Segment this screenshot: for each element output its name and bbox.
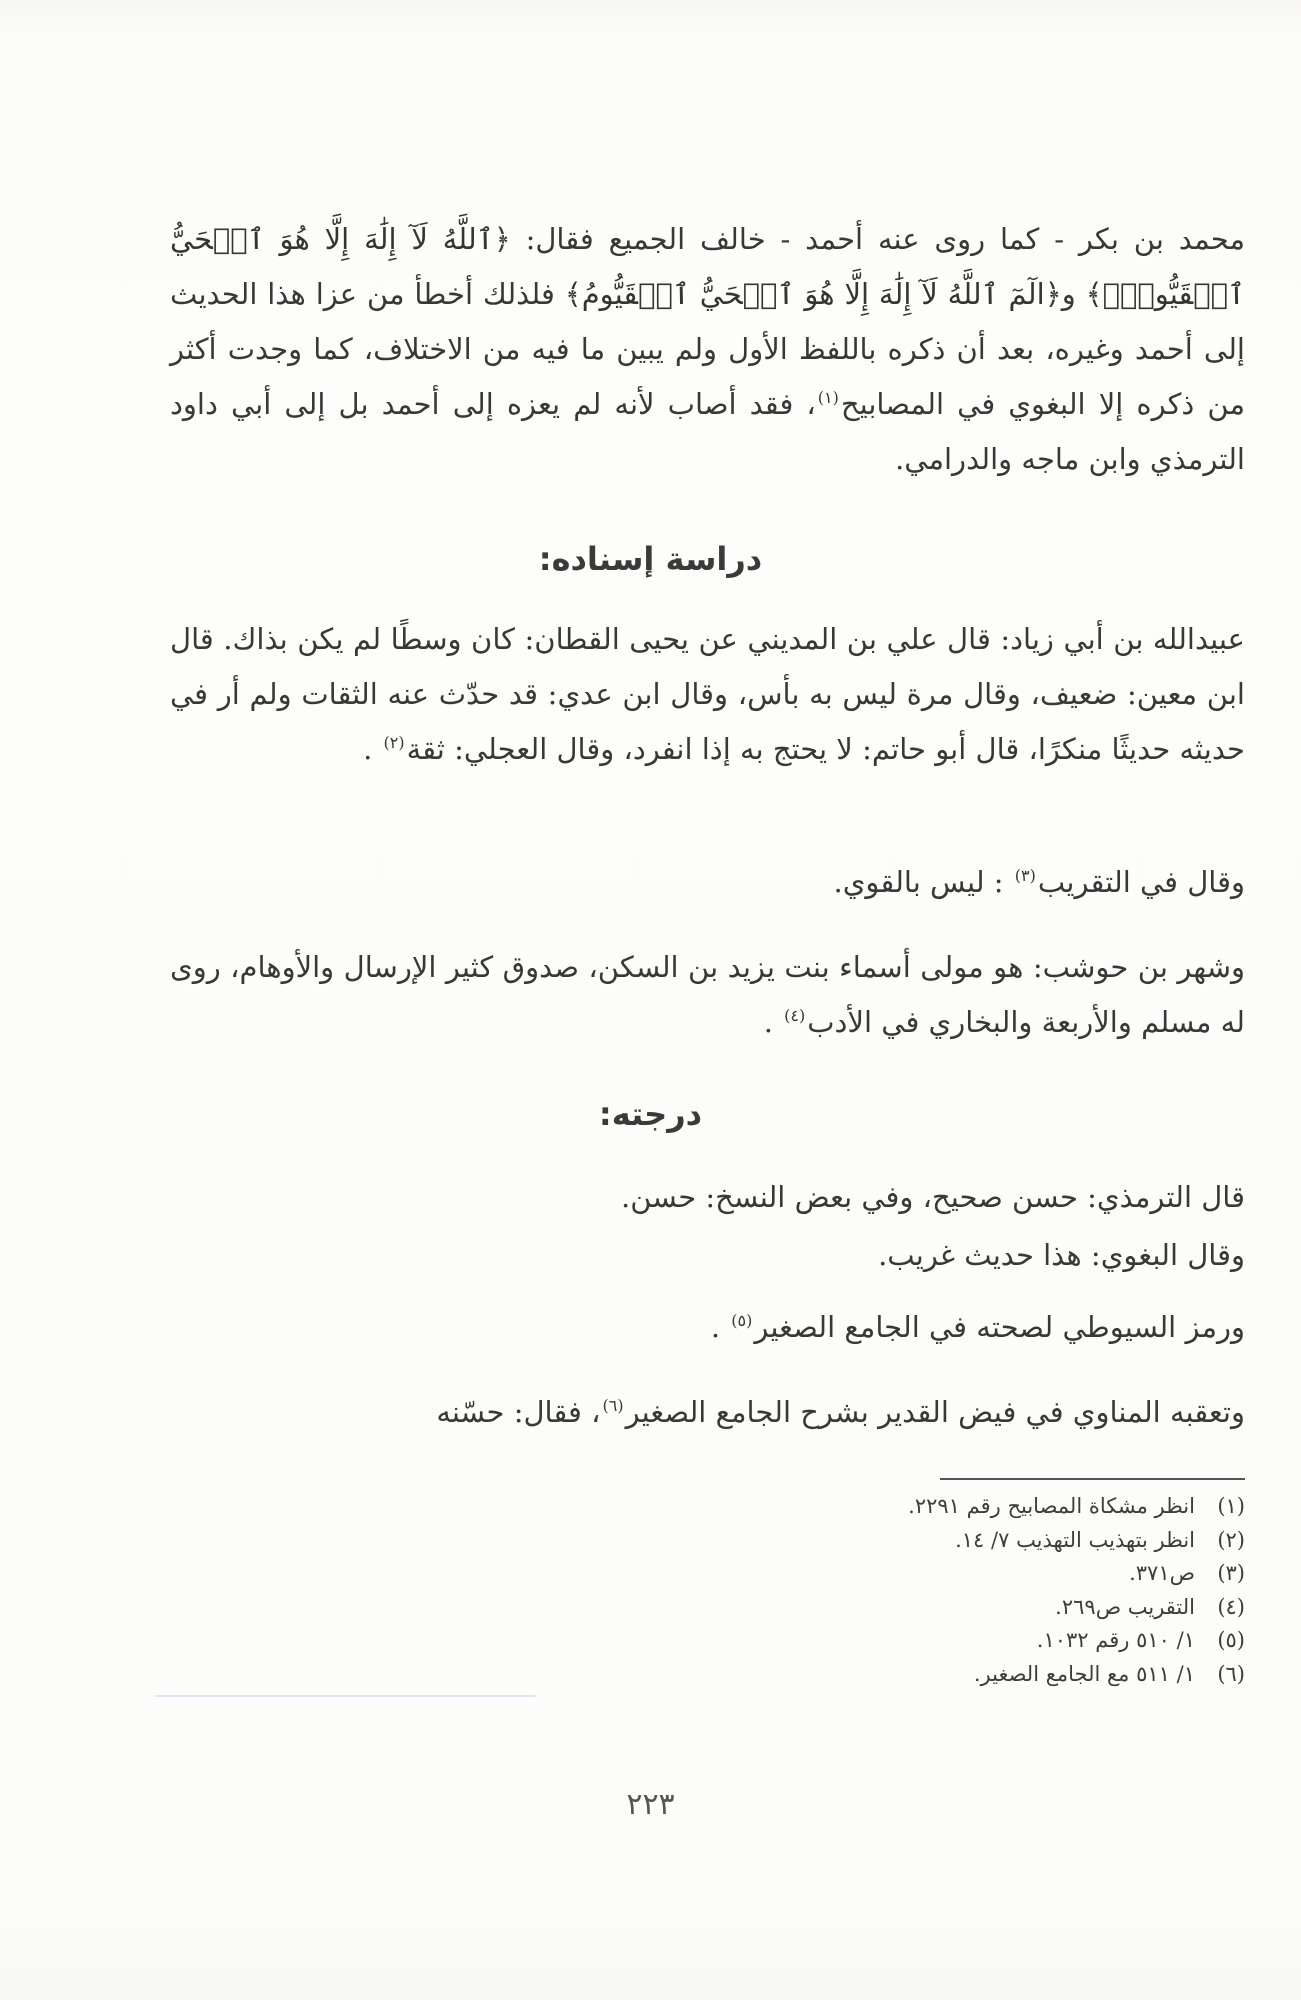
footnote-ref-2[interactable]: (٢) (382, 733, 407, 752)
footnote-number: (٣) (1195, 1557, 1245, 1591)
footnote-4: (٤) التقريب ص٢٦٩. (700, 1591, 1245, 1625)
intro-paragraph: محمد بن بكر - كما روى عنه أحمد - خالف ال… (170, 212, 1245, 487)
footnote-text: انظر مشكاة المصابيح رقم ٢٢٩١. (700, 1490, 1195, 1524)
footnote-number: (١) (1195, 1490, 1245, 1524)
footnote-separator (940, 1478, 1245, 1480)
footnote-text: التقريب ص٢٦٩. (700, 1591, 1195, 1625)
isnad-text-2: وقال في التقريب(٣) : ليس بالقوي. (170, 855, 1245, 910)
bleed-through-rule (155, 1695, 535, 1697)
footnote-text: انظر بتهذيب التهذيب ٧/ ١٤. (700, 1524, 1195, 1558)
suyuti-text: ورمز السيوطي لصحته في الجامع الصغير (754, 1310, 1245, 1344)
footnote-1: (١) انظر مشكاة المصابيح رقم ٢٢٩١. (700, 1490, 1245, 1524)
footnote-text: ص٣٧١. (700, 1557, 1195, 1591)
quran-quote-2: ﴿الٓمٓ ٱللَّهُ لَآ إِلَٰهَ إِلَّا هُوَ ٱ… (565, 277, 1062, 311)
footnote-6: (٦) ١/ ٥١١ مع الجامع الصغير. (700, 1658, 1245, 1692)
taqrib-verdict: : ليس بالقوي. (834, 865, 1013, 899)
footnote-ref-1[interactable]: (١) (816, 388, 841, 407)
punct: . (764, 1005, 782, 1039)
grade-paragraph-1: قال الترمذي: حسن صحيح، وفي بعض النسخ: حس… (170, 1170, 1245, 1225)
isnad-narrator-1: عبيدالله بن أبي زياد: قال علي بن المديني… (170, 622, 1245, 766)
taqrib-quote: وقال في التقريب (1038, 865, 1245, 899)
isnad-narrator-2: وشهر بن حوشب: هو مولى أسماء بنت يزيد بن … (170, 950, 1245, 1039)
footnote-2: (٢) انظر بتهذيب التهذيب ٧/ ١٤. (700, 1524, 1245, 1558)
footnote-ref-6[interactable]: (٦) (600, 1396, 625, 1415)
munawi-text: وتعقبه المناوي في فيض القدير بشرح الجامع… (626, 1395, 1245, 1429)
isnad-paragraph-2: وقال في التقريب(٣) : ليس بالقوي. (170, 855, 1245, 910)
isnad-paragraph-1: عبيدالله بن أبي زياد: قال علي بن المديني… (170, 612, 1245, 777)
footnote-5: (٥) ١/ ٥١٠ رقم ١٠٣٢. (700, 1624, 1245, 1658)
footnotes-list: (١) انظر مشكاة المصابيح رقم ٢٢٩١. (٢) ان… (700, 1490, 1245, 1691)
grade-paragraph-3: ورمز السيوطي لصحته في الجامع الصغير(٥) . (170, 1300, 1245, 1355)
intro-line: محمد بن بكر - كما روى عنه أحمد - خالف ال… (511, 222, 1245, 256)
book-page: ‏ محمد بن بكر - كما روى عنه أحمد - خالف … (0, 0, 1301, 2000)
footnote-text: ١/ ٥١١ مع الجامع الصغير. (700, 1658, 1195, 1692)
punct: . (711, 1310, 729, 1344)
footnote-number: (٥) (1195, 1624, 1245, 1658)
isnad-text-1: عبيدالله بن أبي زياد: قال علي بن المديني… (170, 612, 1245, 777)
footnote-number: (٢) (1195, 1524, 1245, 1558)
heading-grade: درجته: (0, 1095, 1301, 1133)
page-number: ٢٢٣ (0, 1787, 1301, 1822)
isnad-text-3: وشهر بن حوشب: هو مولى أسماء بنت يزيد بن … (170, 940, 1245, 1050)
tirmidhi-grade: قال الترمذي: حسن صحيح، وفي بعض النسخ: حس… (170, 1170, 1245, 1225)
suyuti-grade: ورمز السيوطي لصحته في الجامع الصغير(٥) . (170, 1300, 1245, 1355)
footnote-ref-3[interactable]: (٣) (1013, 866, 1038, 885)
footnote-number: (٤) (1195, 1591, 1245, 1625)
intro-text: محمد بن بكر - كما روى عنه أحمد - خالف ال… (170, 212, 1245, 487)
munawi-grade: وتعقبه المناوي في فيض القدير بشرح الجامع… (170, 1385, 1245, 1440)
isnad-paragraph-3: وشهر بن حوشب: هو مولى أسماء بنت يزيد بن … (170, 940, 1245, 1050)
footnote-number: (٦) (1195, 1658, 1245, 1692)
footnote-ref-5[interactable]: (٥) (729, 1311, 754, 1330)
grade-paragraph-4: وتعقبه المناوي في فيض القدير بشرح الجامع… (170, 1385, 1245, 1440)
footnote-text: ١/ ٥١٠ رقم ١٠٣٢. (700, 1624, 1195, 1658)
grade-paragraph-2: وقال البغوي: هذا حديث غريب. (170, 1228, 1245, 1283)
heading-isnad-study: دراسة إسناده: (0, 540, 1301, 578)
baghawi-grade: وقال البغوي: هذا حديث غريب. (170, 1228, 1245, 1283)
footnote-3: (٣) ص٣٧١. (700, 1557, 1245, 1591)
munawi-text-end: ، فقال: حسّنه (436, 1395, 600, 1429)
footnote-ref-4[interactable]: (٤) (782, 1006, 807, 1025)
punct: . (363, 732, 381, 766)
conjunction: و (1062, 277, 1086, 311)
